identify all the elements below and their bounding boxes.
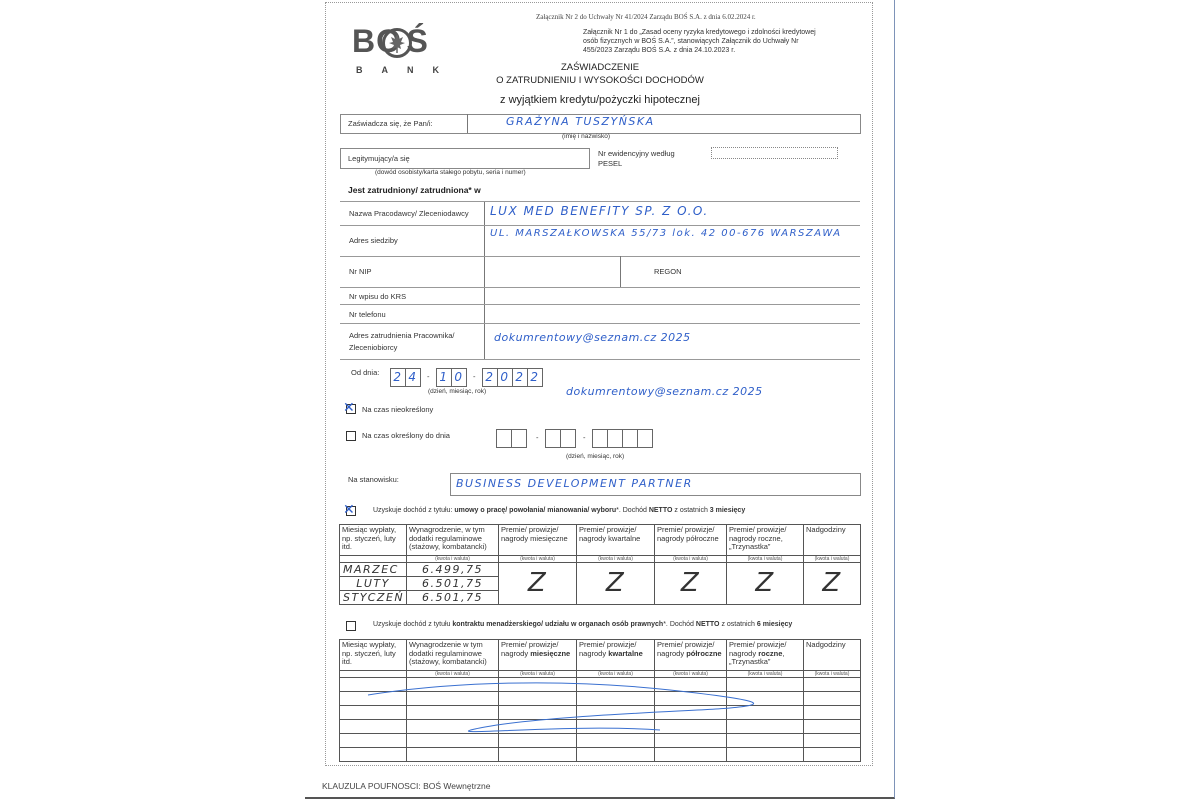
person-label: Zaświadcza się, że Pan/i: bbox=[348, 119, 433, 128]
position-label: Na stanowisku: bbox=[348, 475, 399, 484]
crossout-scribble bbox=[360, 680, 760, 740]
salary-cell[interactable]: 6.501,75 bbox=[407, 591, 499, 605]
subcaption: (kwota i waluta) bbox=[407, 671, 499, 678]
crossed-cell[interactable]: Z bbox=[577, 563, 655, 605]
divider bbox=[620, 256, 621, 287]
since-day-digit[interactable]: 2 bbox=[390, 368, 406, 387]
logo-bank-text: BANK bbox=[356, 65, 458, 75]
since-year-digit[interactable]: 2 bbox=[482, 368, 498, 387]
empty-cell[interactable] bbox=[804, 720, 861, 734]
table-row bbox=[340, 748, 861, 762]
definite-label: Na czas określony do dnia bbox=[362, 431, 450, 440]
subcaption: (kwota i waluta) bbox=[804, 671, 861, 678]
employer-address-value[interactable]: UL. MARSZAŁKOWSKA 55/73 lok. 42 00-676 W… bbox=[490, 228, 842, 239]
divider bbox=[340, 287, 860, 288]
empty-cell[interactable] bbox=[804, 748, 861, 762]
until-month-digit[interactable] bbox=[545, 429, 561, 448]
text-bold: kwartalne bbox=[608, 649, 643, 658]
divider bbox=[340, 304, 860, 305]
empty-cell[interactable] bbox=[804, 734, 861, 748]
table-header-row: Miesiąc wypłaty, np. styczeń, luty itd. … bbox=[340, 525, 861, 556]
id-label: Legitymujący/a się bbox=[348, 154, 410, 163]
text: *. Dochód bbox=[616, 507, 649, 514]
title-line-3: z wyjątkiem kredytu/pożyczki hipotecznej bbox=[440, 94, 760, 106]
subcaption: (kwota i waluta) bbox=[804, 556, 861, 563]
person-name-value: GRAŻYNA TUSZYŃSKA bbox=[506, 115, 655, 128]
since-year-digit[interactable]: 0 bbox=[497, 368, 513, 387]
column-header: Wynagrodzenie, w tym dodatki regulaminow… bbox=[407, 525, 499, 556]
nip-label: Nr NIP bbox=[349, 267, 372, 276]
until-day-digit[interactable] bbox=[496, 429, 512, 448]
employer-address-label: Adres siedziby bbox=[349, 236, 398, 245]
divider bbox=[340, 359, 860, 360]
date-sep: - bbox=[473, 372, 476, 381]
column-header: Premie/ prowizje/ nagrody miesięczne bbox=[499, 525, 577, 556]
table-subheader-row: (kwota i waluta) (kwota i waluta) (kwota… bbox=[340, 556, 861, 563]
subcaption: (kwota i waluta) bbox=[499, 556, 577, 563]
maple-leaf-icon bbox=[382, 28, 412, 58]
text: z ostatnich bbox=[672, 507, 709, 514]
subcaption: (kwota i waluta) bbox=[407, 556, 499, 563]
salary-cell[interactable]: 6.499,75 bbox=[407, 563, 499, 577]
table-header-row: Miesiąc wypłaty, np. styczeń, luty itd. … bbox=[340, 640, 861, 671]
divider bbox=[340, 256, 860, 257]
month-cell[interactable]: STYCZEŃ bbox=[340, 591, 407, 605]
divider bbox=[340, 225, 860, 226]
employer-name-value[interactable]: LUX MED BENEFITY SP. Z O.O. bbox=[490, 204, 709, 218]
text: z ostatnich bbox=[720, 621, 757, 628]
pesel-label-line-1: Nr ewidencyjny według bbox=[598, 149, 675, 158]
divider bbox=[340, 323, 860, 324]
annex-block-line: Załącznik Nr 1 do „Zasad oceny ryzyka kr… bbox=[583, 28, 868, 37]
income-management-text: Uzyskuje dochód z tytułu kontraktu menad… bbox=[373, 621, 792, 628]
subcaption bbox=[340, 671, 407, 678]
text-bold: NETTO bbox=[649, 507, 673, 514]
salary-cell[interactable]: 6.501,75 bbox=[407, 577, 499, 591]
income-management-checkbox[interactable] bbox=[346, 621, 356, 631]
pesel-field[interactable] bbox=[711, 147, 838, 159]
indefinite-label: Na czas nieokreślony bbox=[362, 405, 433, 414]
empty-cell[interactable] bbox=[655, 748, 727, 762]
text-bold: umowy o pracę/ powołania/ mianowania/ wy… bbox=[454, 507, 616, 514]
title-line-2: O ZATRUDNIENIU I WYSOKOŚCI DOCHODÓW bbox=[440, 75, 760, 86]
subcaption: (kwota i waluta) bbox=[727, 556, 804, 563]
divider bbox=[340, 201, 860, 202]
column-header: Premie/ prowizje/ nagrody miesięczne bbox=[499, 640, 577, 671]
id-caption: (dowód osobisty/karta stałego pobytu, se… bbox=[375, 169, 526, 176]
empty-cell[interactable] bbox=[804, 706, 861, 720]
annex-block: Załącznik Nr 1 do „Zasad oceny ryzyka kr… bbox=[583, 28, 868, 55]
empty-cell[interactable] bbox=[340, 748, 407, 762]
employer-name-label: Nazwa Pracodawcy/ Zleceniodawcy bbox=[349, 209, 469, 218]
regon-label: REGON bbox=[654, 267, 682, 276]
text-bold: miesięczne bbox=[530, 649, 570, 658]
empty-cell[interactable] bbox=[804, 678, 861, 692]
pesel-label-line-2: PESEL bbox=[598, 159, 622, 168]
column-header: Premie/ prowizje/ nagrody półroczne bbox=[655, 525, 727, 556]
text: Uzyskuje dochód z tytułu bbox=[373, 621, 452, 628]
subcaption: (kwota i waluta) bbox=[577, 556, 655, 563]
since-year-digit[interactable]: 2 bbox=[512, 368, 528, 387]
text-bold: 6 miesięcy bbox=[757, 621, 792, 628]
column-header: Nadgodziny bbox=[804, 525, 861, 556]
date-sep: - bbox=[427, 372, 430, 381]
text-bold: półroczne bbox=[686, 649, 721, 658]
column-header: Premie/ prowizje/ nagrody kwartalne bbox=[577, 525, 655, 556]
empty-cell[interactable] bbox=[804, 692, 861, 706]
subcaption: (kwota i waluta) bbox=[727, 671, 804, 678]
title-line-1: ZAŚWIADCZENIE bbox=[470, 62, 730, 73]
since-day-digit[interactable]: 4 bbox=[405, 368, 421, 387]
column-header: Nadgodziny bbox=[804, 640, 861, 671]
column-header: Wynagrodzenie w tym dodatki regulaminowe… bbox=[407, 640, 499, 671]
column-header: Premie/ prowizje/ nagrody roczne, „Trzyn… bbox=[727, 640, 804, 671]
text-bold: NETTO bbox=[696, 621, 720, 628]
until-date-caption: (dzień, miesiąc, rok) bbox=[566, 453, 624, 460]
work-address-value[interactable]: dokumrentowy@seznam.cz 2025 bbox=[494, 331, 691, 344]
empty-cell[interactable] bbox=[727, 748, 804, 762]
column-header: Premie/ prowizje/ nagrody kwartalne bbox=[577, 640, 655, 671]
crossed-cell[interactable]: Z bbox=[804, 563, 861, 605]
employment-heading: Jest zatrudniony/ zatrudniona* w bbox=[348, 185, 481, 195]
until-day-digit[interactable] bbox=[511, 429, 527, 448]
confidentiality-footer: KLAUZULA POUFNOSCI: BOŚ Wewnętrzne bbox=[322, 781, 490, 791]
phone-label: Nr telefonu bbox=[349, 310, 386, 319]
text-bold: 3 miesięcy bbox=[710, 507, 745, 514]
column-header: Premie/ prowizje/ nagrody półroczne bbox=[655, 640, 727, 671]
check-mark-icon: ✕ bbox=[343, 402, 355, 412]
since-month-digit[interactable]: 0 bbox=[451, 368, 467, 387]
text: *. Dochód bbox=[663, 621, 696, 628]
text: Miesiąc wypłaty, np. styczeń, luty itd. bbox=[342, 640, 396, 666]
definite-checkbox[interactable] bbox=[346, 431, 356, 441]
column-header: Premie/ prowizje/ nagrody roczne, „Trzyn… bbox=[727, 525, 804, 556]
until-year-digit[interactable] bbox=[622, 429, 638, 448]
date-sep: - bbox=[536, 433, 539, 442]
table-row: MARZEC 6.499,75 Z Z Z Z Z bbox=[340, 563, 861, 577]
subcaption: (kwota i waluta) bbox=[655, 556, 727, 563]
work-address-label-1: Adres zatrudnienia Pracownika/ bbox=[349, 331, 454, 340]
text: Nadgodziny bbox=[806, 640, 846, 649]
empty-cell[interactable] bbox=[499, 748, 577, 762]
date-sep: - bbox=[583, 433, 586, 442]
since-date-caption: (dzień, miesiąc, rok) bbox=[428, 388, 486, 395]
divider bbox=[467, 114, 468, 133]
since-label: Od dnia: bbox=[351, 368, 379, 377]
column-header: Miesiąc wypłaty, np. styczeń, luty itd. bbox=[340, 640, 407, 671]
annex-block-line: osób fizycznych w BOŚ S.A.”, stanowiącyc… bbox=[583, 37, 868, 46]
krs-label: Nr wpisu do KRS bbox=[349, 292, 406, 301]
handwritten-note: dokumrentowy@seznam.cz 2025 bbox=[566, 385, 763, 398]
table-subheader-row: (kwota i waluta) (kwota i waluta) (kwota… bbox=[340, 671, 861, 678]
person-caption: (imię i nazwisko) bbox=[562, 133, 610, 140]
since-month-digit[interactable]: 1 bbox=[436, 368, 452, 387]
until-year-digit[interactable] bbox=[637, 429, 653, 448]
text-bold: kontraktu menadżerskiego/ udziału w orga… bbox=[452, 621, 663, 628]
crossed-cell[interactable]: Z bbox=[499, 563, 577, 605]
until-year-digit[interactable] bbox=[592, 429, 608, 448]
empty-cell[interactable] bbox=[577, 748, 655, 762]
check-mark-icon: ✕ bbox=[343, 504, 355, 514]
income-contract-text: Uzyskuje dochód z tytułu: umowy o pracę/… bbox=[373, 507, 745, 514]
column-header: Miesiąc wypłaty, np. styczeń, luty itd. bbox=[340, 525, 407, 556]
crossed-cell[interactable]: Z bbox=[727, 563, 804, 605]
text: Uzyskuje dochód z tytułu: bbox=[373, 507, 454, 514]
work-address-label-2: Zleceniobiorcy bbox=[349, 343, 397, 352]
position-value: BUSINESS DEVELOPMENT PARTNER bbox=[456, 477, 693, 490]
month-cell[interactable]: LUTY bbox=[340, 577, 407, 591]
subcaption: (kwota i waluta) bbox=[499, 671, 577, 678]
subcaption bbox=[340, 556, 407, 563]
until-year-digit[interactable] bbox=[607, 429, 623, 448]
month-cell[interactable]: MARZEC bbox=[340, 563, 407, 577]
subcaption: (kwota i waluta) bbox=[655, 671, 727, 678]
text: Wynagrodzenie w tym dodatki regulaminowe… bbox=[409, 640, 487, 666]
until-month-digit[interactable] bbox=[560, 429, 576, 448]
empty-cell[interactable] bbox=[407, 748, 499, 762]
since-year-digit[interactable]: 2 bbox=[527, 368, 543, 387]
crossed-cell[interactable]: Z bbox=[655, 563, 727, 605]
income-contract-table: Miesiąc wypłaty, np. styczeń, luty itd. … bbox=[339, 524, 861, 605]
annex-block-line: 455/2023 Zarządu BOŚ S.A. z dnia 24.10.2… bbox=[583, 46, 868, 55]
annex-line: Załącznik Nr 2 do Uchwały Nr 41/2024 Zar… bbox=[536, 13, 756, 21]
subcaption: (kwota i waluta) bbox=[577, 671, 655, 678]
